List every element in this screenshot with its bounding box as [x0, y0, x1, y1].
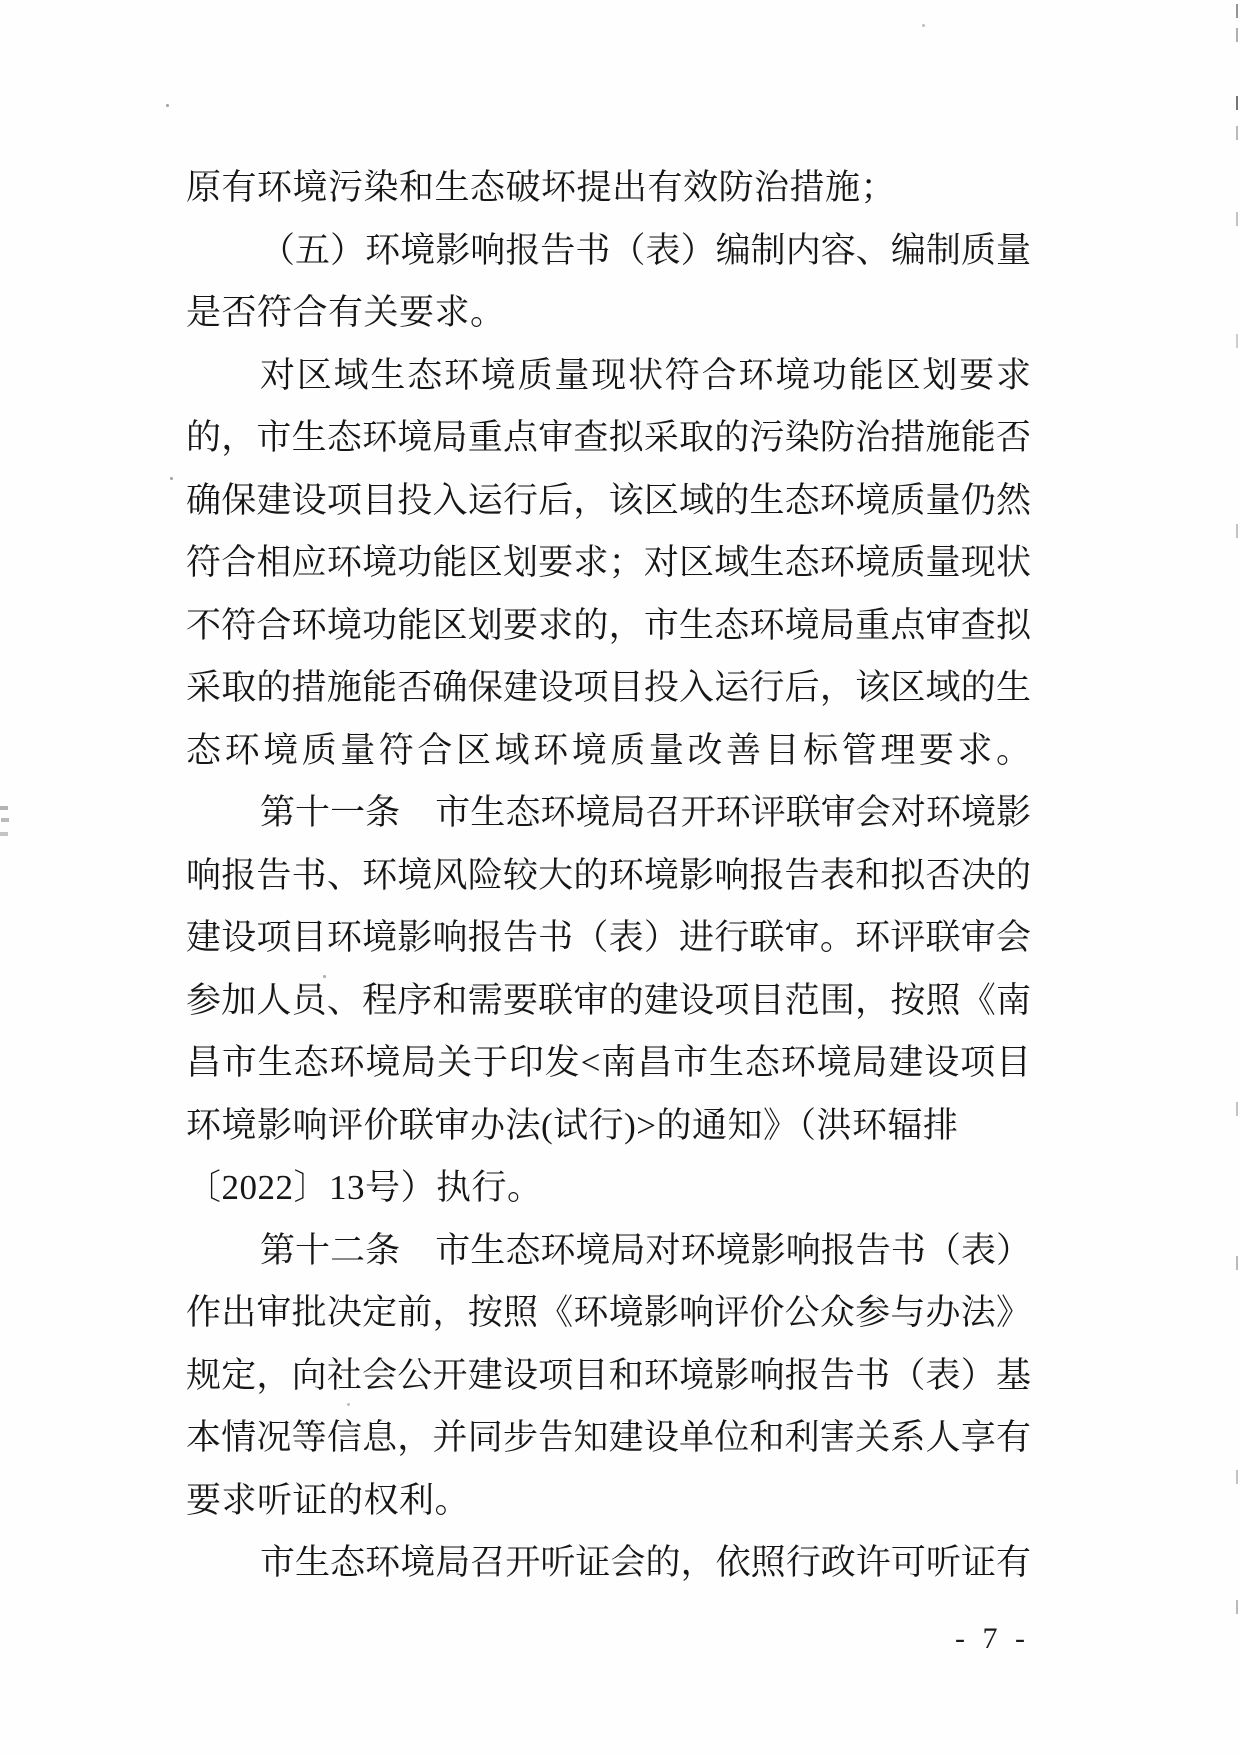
text-line: 要求听证的权利。 [186, 1470, 1031, 1533]
text-line: 采取的措施能否确保建设项目投入运行后，该区域的生 [186, 657, 1031, 720]
text-line: 第十一条 市生态环境局召开环评联审会对环境影 [186, 782, 1031, 845]
document-body: 原有环境污染和生态破坏提出有效防治措施； （五）环境影响报告书（表）编制内容、编… [186, 157, 1031, 1595]
scan-specks [166, 104, 169, 107]
text-line: 响报告书、环境风险较大的环境影响报告表和拟否决的 [186, 845, 1031, 908]
text-line: （五）环境影响报告书（表）编制内容、编制质量 [186, 220, 1031, 283]
text-line: 〔2022〕13号）执行。 [186, 1157, 1031, 1220]
text-line: 参加人员、程序和需要联审的建设项目范围，按照《南 [186, 970, 1031, 1033]
text-line: 对区域生态环境质量现状符合环境功能区划要求 [186, 345, 1031, 408]
text-line: 第十二条 市生态环境局对环境影响报告书（表） [186, 1220, 1031, 1283]
text-line: 作出审批决定前，按照《环境影响评价公众参与办法》 [186, 1282, 1031, 1345]
text-line: 的，市生态环境局重点审查拟采取的污染防治措施能否 [186, 407, 1031, 470]
text-line: 环境影响评价联审办法(试行)>的通知》（洪环辐排 [186, 1095, 1031, 1158]
scan-edge-artifacts [1236, 4, 1238, 18]
text-line: 确保建设项目投入运行后，该区域的生态环境质量仍然 [186, 470, 1031, 533]
document-page: 原有环境污染和生态破坏提出有效防治措施； （五）环境影响报告书（表）编制内容、编… [0, 0, 1240, 1755]
text-line: 昌市生态环境局关于印发<南昌市生态环境局建设项目 [186, 1032, 1031, 1095]
text-line: 市生态环境局召开听证会的，依照行政许可听证有 [186, 1532, 1031, 1595]
scan-margin-marks [0, 806, 8, 810]
text-line: 原有环境污染和生态破坏提出有效防治措施； [186, 157, 1031, 220]
text-line: 规定，向社会公开建设项目和环境影响报告书（表）基 [186, 1345, 1031, 1408]
page-number: - 7 - [955, 1622, 1030, 1656]
text-line: 本情况等信息，并同步告知建设单位和利害关系人享有 [186, 1407, 1031, 1470]
text-line: 态环境质量符合区域环境质量改善目标管理要求。 [186, 720, 1031, 783]
text-line: 符合相应环境功能区划要求；对区域生态环境质量现状 [186, 532, 1031, 595]
text-line: 是否符合有关要求。 [186, 282, 1031, 345]
text-line: 不符合环境功能区划要求的，市生态环境局重点审查拟 [186, 595, 1031, 658]
text-line: 建设项目环境影响报告书（表）进行联审。环评联审会 [186, 907, 1031, 970]
